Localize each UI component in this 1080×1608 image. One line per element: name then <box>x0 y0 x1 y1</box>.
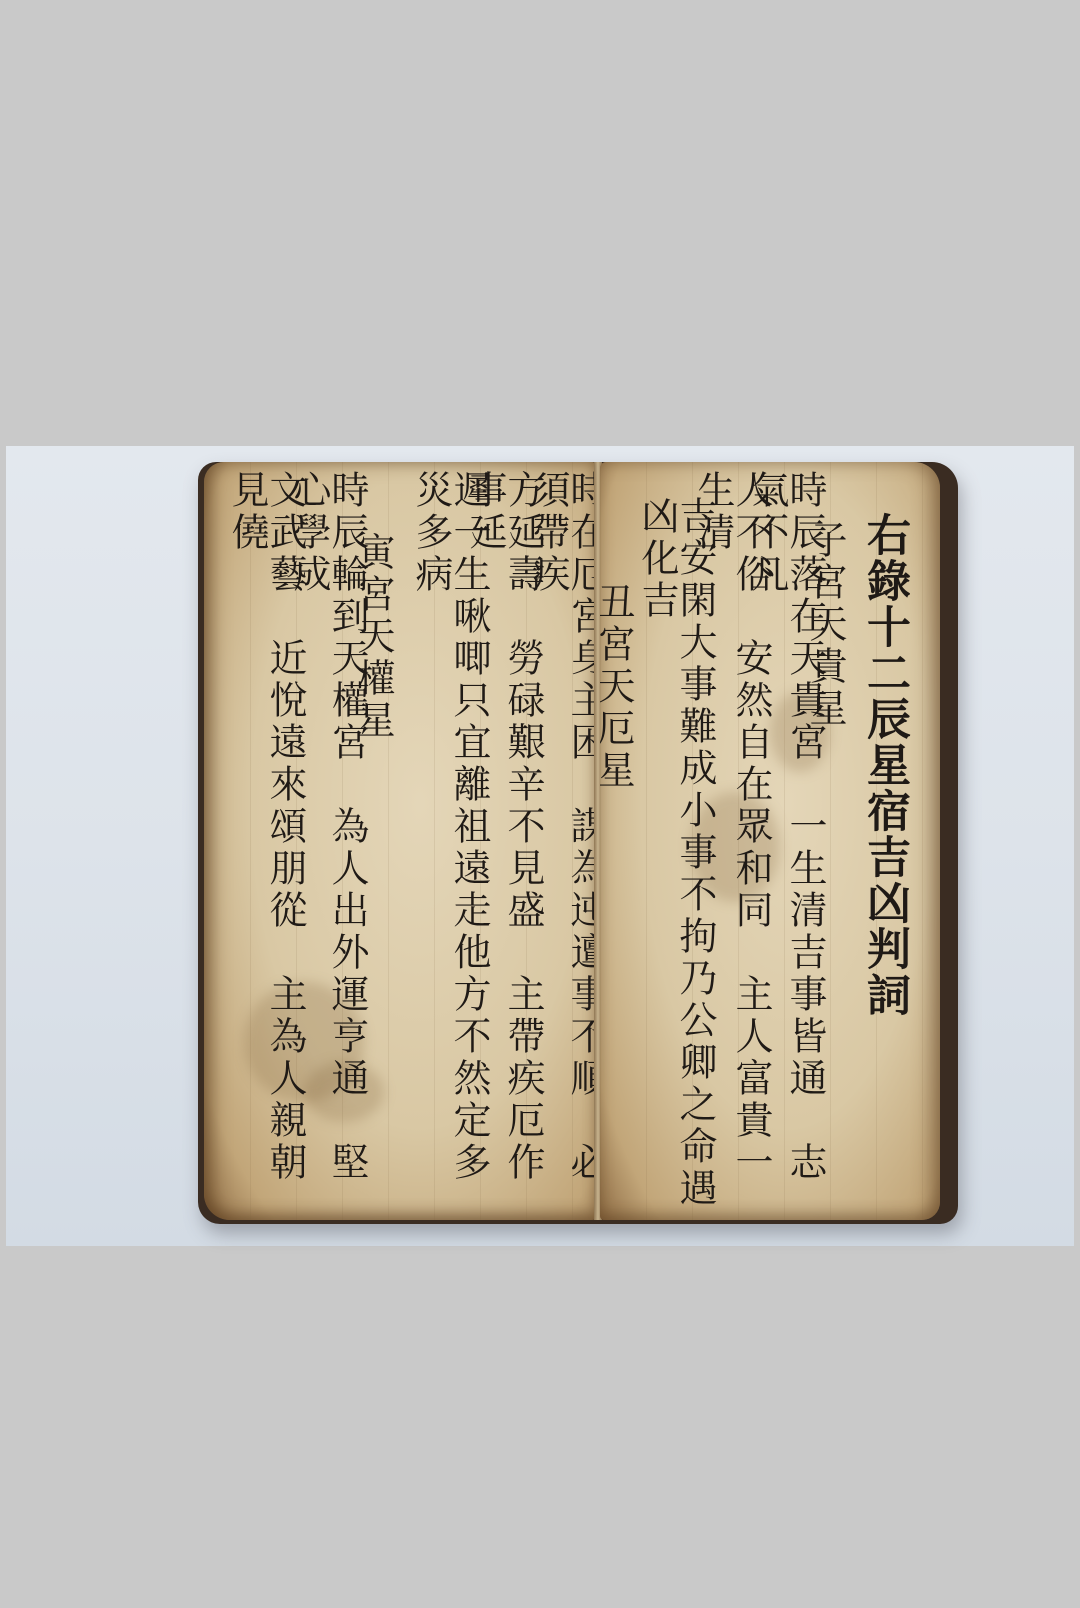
section-heading: 丑宮天厄星 <box>600 582 632 792</box>
text-column: 遲一生啾唧只宜離祖遠走他方不然定多災多病 <box>412 470 488 1220</box>
open-manuscript-book: 時在厄宮身主困 謀為迍邅事不順 必須帶疾 方延壽 勞碌艱辛不見盛 主帶疾厄作事延… <box>198 462 958 1224</box>
left-page: 時在厄宮身主困 謀為迍邅事不順 必須帶疾 方延壽 勞碌艱辛不見盛 主帶疾厄作事延… <box>204 462 596 1220</box>
page-title: 右錄十二辰星宿吉凶判詞 <box>862 512 906 1018</box>
text-column: 文武藝 近悅遠來頌朋從 主為人親朝見僥 <box>228 470 304 1220</box>
text-column: 吉安閑大事難成小事不拘乃公卿之命遇凶化吉 <box>638 496 714 1220</box>
right-page: 右錄十二辰星宿吉凶判詞 子宮天貴星 時辰落在天貴宮 一生清吉事皆通 志氣不凡 人… <box>600 462 940 1220</box>
